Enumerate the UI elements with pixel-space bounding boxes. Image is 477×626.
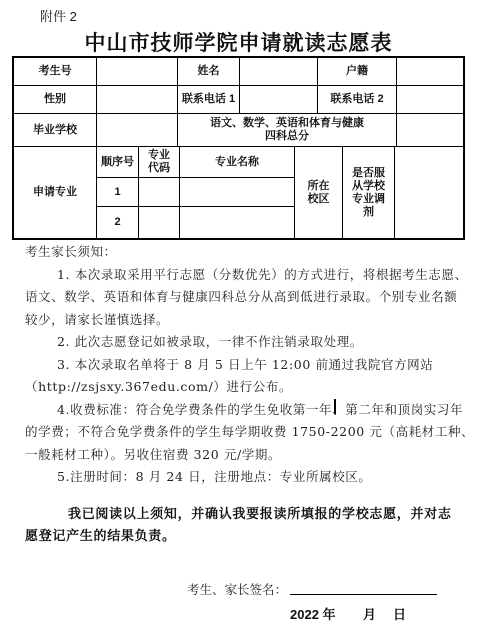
seq-1: 1 — [97, 178, 139, 207]
notice-line: 较少，请家长谨慎选择。 — [25, 310, 169, 328]
notice-heading: 考生家长须知： — [25, 242, 117, 260]
notice-line: 4.收费标准：符合免学费条件的学生免收第一年、第二年和顶岗实习年 — [57, 400, 463, 418]
signature-label: 考生、家长签名： — [187, 580, 287, 598]
notice-line: （http://zsjsxy.367edu.com/）进行公布。 — [25, 377, 292, 395]
code-1-value[interactable] — [139, 178, 180, 207]
phone1-label: 联系电话 1 — [178, 86, 240, 114]
document-page: 附件 2 中山市技师学院申请就读志愿表 考生号 姓名 户籍 性别 联系电话 1 … — [0, 0, 477, 626]
notice-line: 5.注册时间：8 月 24 日，注册地点：专业所属校区。 — [57, 467, 372, 485]
campus-label: 所在校区 — [295, 147, 343, 238]
code-2-value[interactable] — [139, 207, 180, 238]
notice-line: 3. 本次录取名单将于 8 月 5 日上午 12:00 前通过我院官方网站 — [57, 355, 433, 373]
code-header: 专业代码 — [139, 147, 180, 178]
notice-line: 一般耗材工种）。另收住宿费 320 元/学期。 — [25, 445, 281, 463]
major-name-2-value[interactable] — [180, 207, 295, 238]
notice-line: 语文、数学、英语和体育与健康四科总分从高到低进行录取。个别专业名额 — [25, 287, 457, 305]
application-form-table: 考生号 姓名 户籍 性别 联系电话 1 联系电话 2 毕业学校 语文、数学、英语… — [12, 56, 465, 240]
candidate-no-label: 考生号 — [14, 58, 97, 86]
candidate-no-value[interactable] — [97, 58, 178, 86]
attachment-label: 附件 2 — [40, 6, 77, 25]
gender-value[interactable] — [97, 86, 178, 114]
phone2-label: 联系电话 2 — [318, 86, 397, 114]
major-name-1-value[interactable] — [180, 178, 295, 207]
signature-underline[interactable] — [290, 580, 437, 595]
phone2-value[interactable] — [397, 86, 463, 114]
gender-label: 性别 — [14, 86, 97, 114]
seq-2: 2 — [97, 207, 139, 238]
obey-adjustment-label: 是否服从学校专业调剂 — [343, 147, 395, 238]
confirmation-line: 愿登记产生的结果负责。 — [25, 525, 176, 544]
household-value[interactable] — [397, 58, 463, 86]
household-label: 户籍 — [318, 58, 397, 86]
name-label: 姓名 — [178, 58, 240, 86]
total-score-label: 语文、数学、英语和体育与健康 四科总分 — [178, 114, 397, 147]
major-block-label: 申请专业 — [14, 147, 97, 238]
date-year: 2022 年 — [290, 604, 336, 623]
notice-line: 1. 本次录取采用平行志愿（分数优先）的方式进行，将根据考生志愿、 — [57, 265, 468, 283]
major-name-header: 专业名称 — [180, 147, 295, 178]
notice-line: 2. 此次志愿登记如被录取，一律不作注销录取处理。 — [57, 332, 363, 350]
obey-adjustment-value[interactable] — [395, 147, 463, 238]
school-label: 毕业学校 — [14, 114, 97, 147]
text-cursor — [334, 399, 336, 414]
confirmation-line: 我已阅读以上须知，并确认我要报读所填报的学校志愿，并对志 — [68, 503, 452, 522]
page-title: 中山市技师学院申请就读志愿表 — [0, 27, 477, 57]
name-value[interactable] — [240, 58, 318, 86]
total-score-value[interactable] — [397, 114, 463, 147]
seq-header: 顺序号 — [97, 147, 139, 178]
date-day: 日 — [393, 604, 406, 623]
school-value[interactable] — [97, 114, 178, 147]
notice-line: 的学费；不符合免学费条件的学生每学期收费 1750-2200 元（高耗材工种、 — [25, 422, 474, 440]
phone1-value[interactable] — [240, 86, 318, 114]
date-month: 月 — [363, 604, 376, 623]
